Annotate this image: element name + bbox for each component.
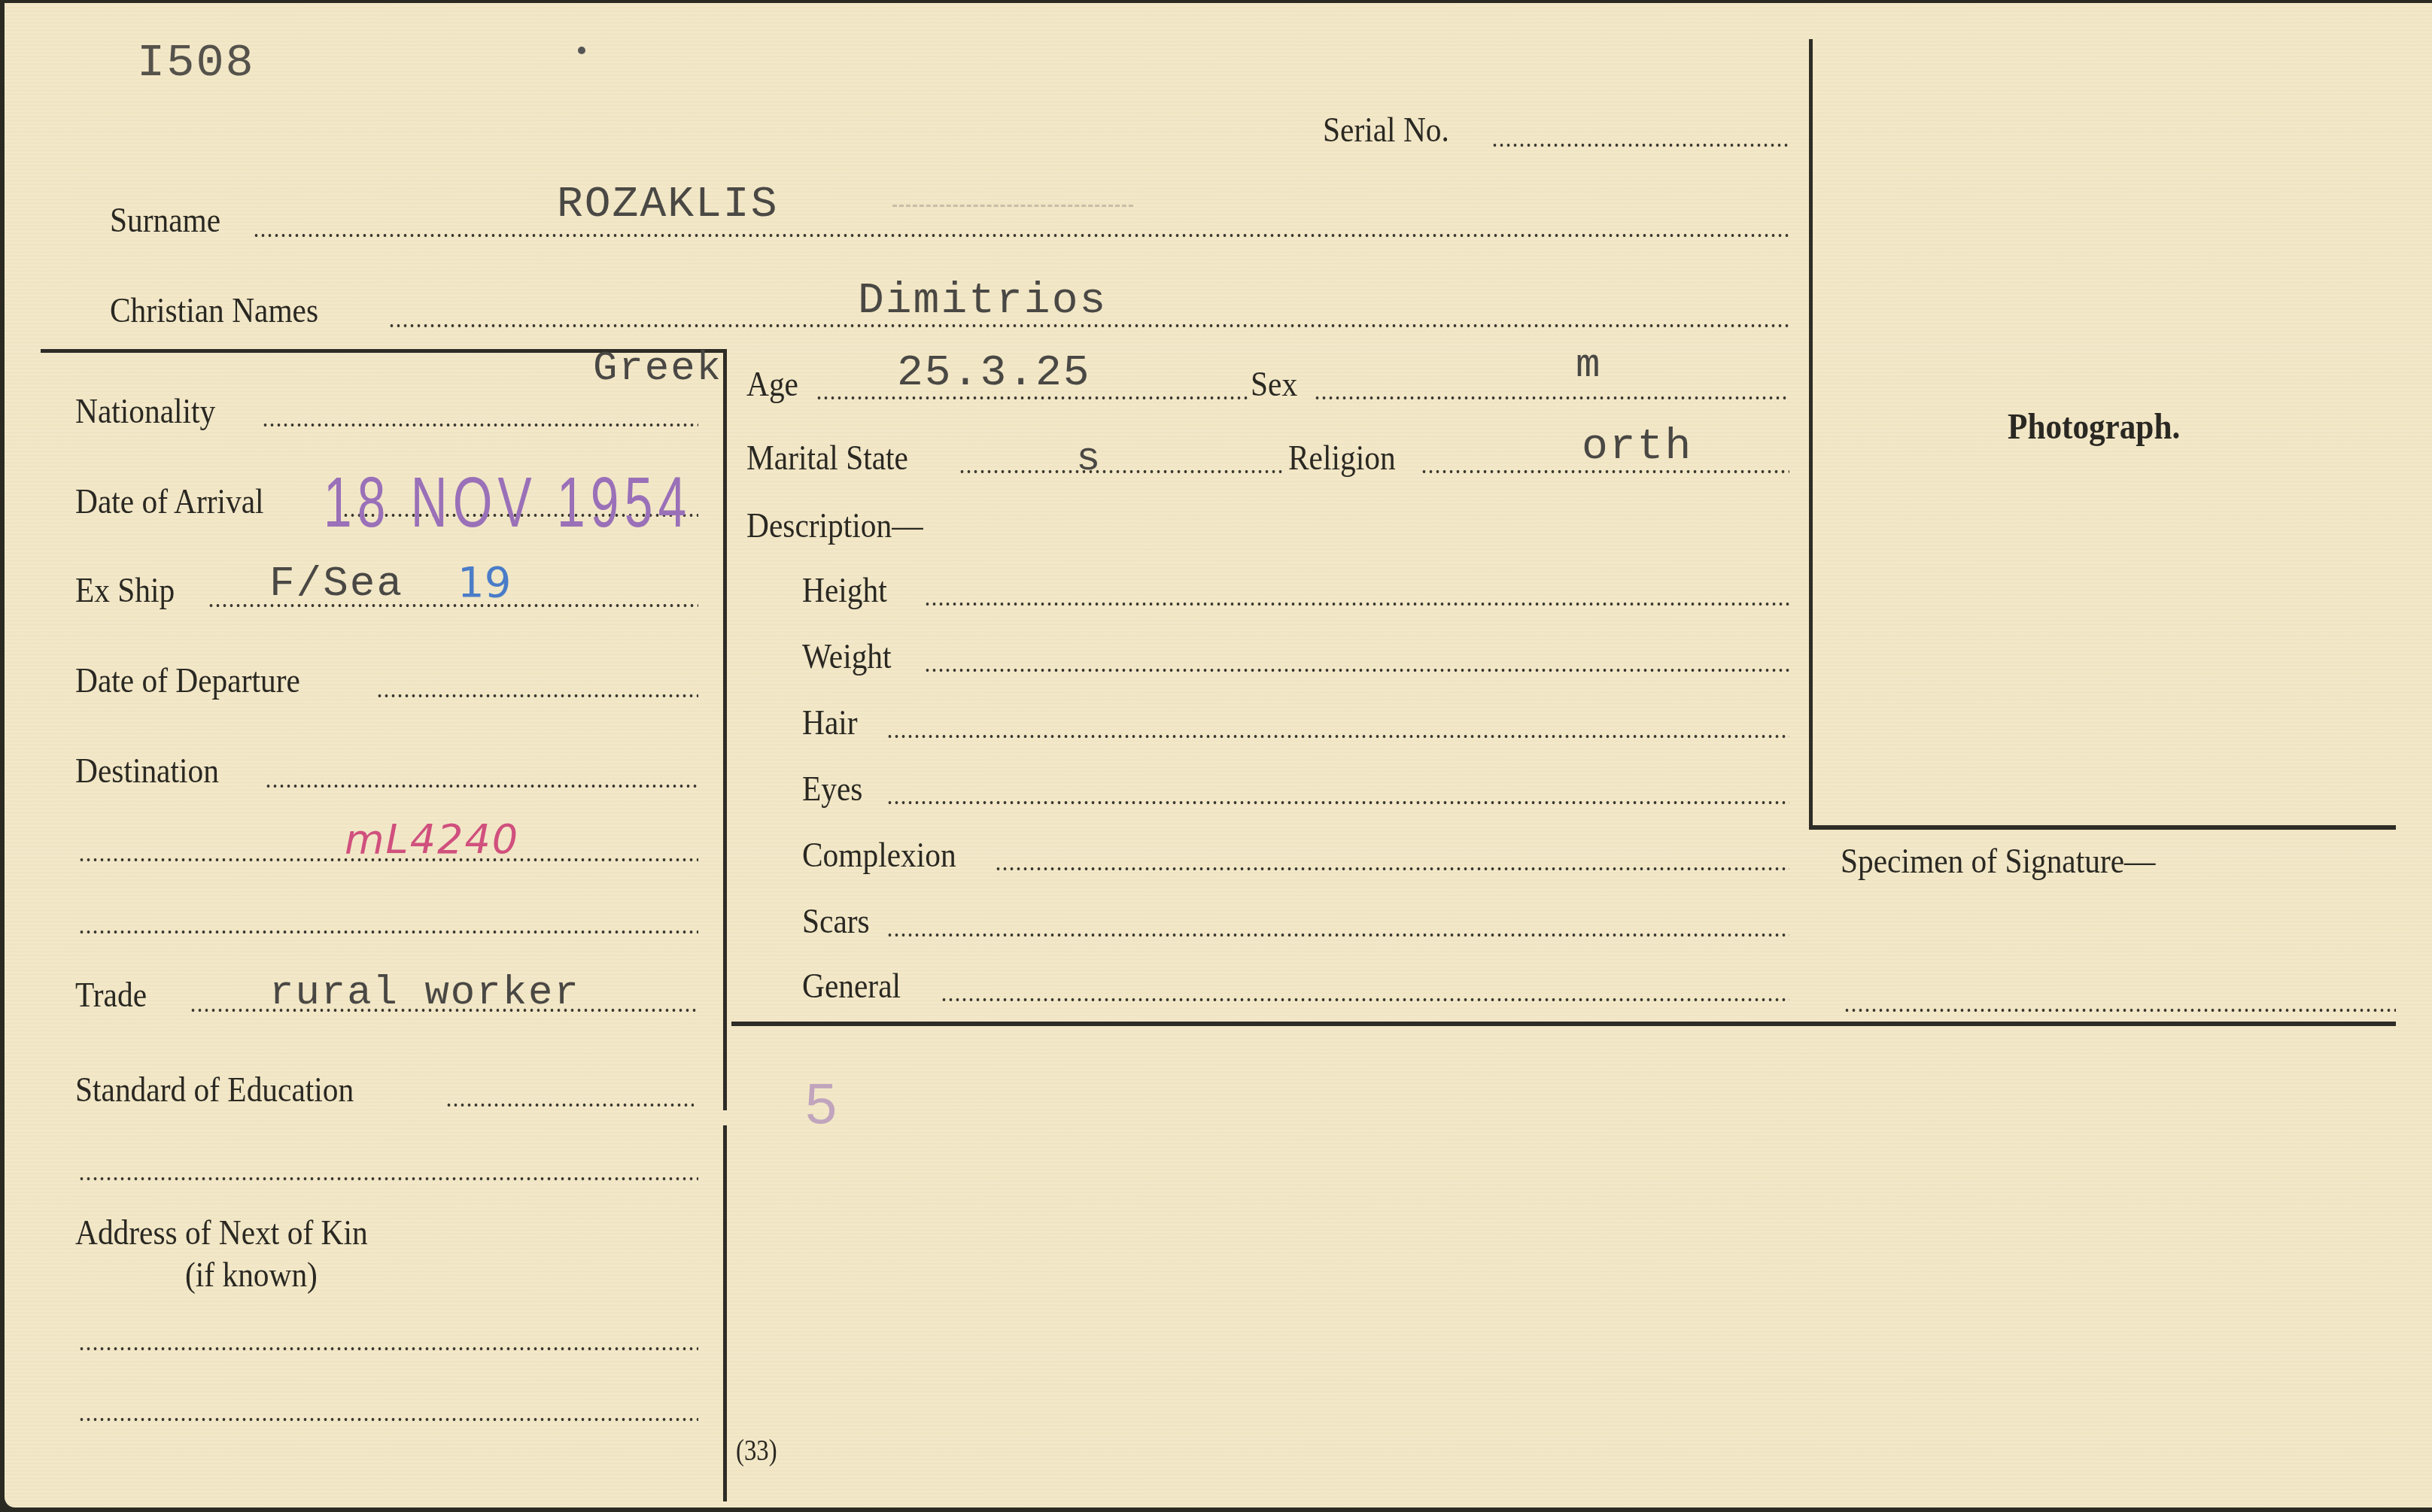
religion-value: orth <box>1582 423 1692 472</box>
date-of-departure-field[interactable] <box>376 694 698 698</box>
card-number: I508 <box>137 36 255 90</box>
general-field[interactable] <box>941 997 1789 1002</box>
ex-ship-handwritten-number: 19 <box>458 558 511 607</box>
height-label: Height <box>802 573 887 608</box>
nationality-value: Greek <box>593 346 722 392</box>
destination-field[interactable] <box>265 784 698 788</box>
arrival-date-stamp: 18 NOV 1954 <box>324 462 692 543</box>
marital-state-value: s <box>1076 436 1102 482</box>
destination-field-line-3[interactable] <box>78 930 698 934</box>
sex-value: m <box>1576 343 1601 389</box>
destination-handwritten-note: mL4240 <box>345 815 519 863</box>
nationality-field[interactable] <box>262 423 698 427</box>
nationality-label: Nationality <box>75 394 215 429</box>
general-label: General <box>802 969 901 1003</box>
ex-ship-label: Ex Ship <box>75 573 175 608</box>
serial-no-label: Serial No. <box>1323 113 1449 147</box>
struck-text-ghost <box>892 205 1133 210</box>
surname-value: ROZAKLIS <box>557 181 778 229</box>
christian-names-label: Christian Names <box>110 293 318 328</box>
immigration-record-card: I508 Serial No. Surname ROZAKLIS Christi… <box>5 3 2432 1507</box>
form-code: (33) <box>736 1432 777 1468</box>
date-of-arrival-label: Date of Arrival <box>75 484 264 519</box>
eyes-label: Eyes <box>802 772 862 806</box>
weight-field[interactable] <box>924 668 1789 673</box>
next-of-kin-field-line-1[interactable] <box>78 1347 698 1351</box>
next-of-kin-field-line-2[interactable] <box>78 1417 698 1422</box>
destination-label: Destination <box>75 754 219 788</box>
left-column-divider-lower <box>723 1125 727 1501</box>
complexion-label: Complexion <box>802 838 956 873</box>
height-field[interactable] <box>924 602 1789 606</box>
surname-field[interactable] <box>253 233 1789 238</box>
christian-names-value: Dimitrios <box>858 277 1107 326</box>
surname-label: Surname <box>110 203 220 238</box>
standard-of-education-field-line-2[interactable] <box>78 1177 698 1181</box>
complexion-field[interactable] <box>995 867 1789 871</box>
photo-box-bottom-rule <box>1809 825 2396 830</box>
hair-label: Hair <box>802 706 858 740</box>
standard-of-education-label: Standard of Education <box>75 1073 354 1107</box>
serial-no-field[interactable] <box>1491 143 1789 147</box>
hair-field[interactable] <box>886 734 1789 739</box>
weight-label: Weight <box>802 639 892 674</box>
trade-label: Trade <box>75 978 147 1013</box>
left-column-divider-upper <box>723 349 727 1110</box>
age-label: Age <box>746 367 798 402</box>
age-value: 25.3.25 <box>897 349 1091 398</box>
next-of-kin-label: Address of Next of Kin <box>75 1216 368 1250</box>
religion-label: Religion <box>1288 441 1396 475</box>
standard-of-education-field[interactable] <box>445 1103 694 1107</box>
signature-field[interactable] <box>1844 1008 2396 1013</box>
date-of-departure-label: Date of Departure <box>75 663 300 698</box>
sex-label: Sex <box>1251 367 1297 402</box>
scars-label: Scars <box>802 904 870 939</box>
marital-state-field[interactable] <box>959 469 1285 474</box>
signature-label: Specimen of Signature— <box>1841 844 2156 879</box>
middle-section-bottom-rule <box>731 1022 2396 1026</box>
ex-ship-value: F/Sea <box>269 560 403 608</box>
trade-value: rural worker <box>269 970 580 1016</box>
sex-field[interactable] <box>1314 396 1789 400</box>
faint-stamp-mark: 5 <box>805 1071 837 1137</box>
ink-dot <box>578 47 585 54</box>
photograph-area <box>1813 42 2394 824</box>
eyes-field[interactable] <box>886 800 1789 805</box>
scars-field[interactable] <box>886 933 1789 937</box>
description-heading: Description— <box>746 509 923 543</box>
marital-state-label: Marital State <box>746 441 908 475</box>
next-of-kin-sublabel: (if known) <box>185 1258 318 1292</box>
